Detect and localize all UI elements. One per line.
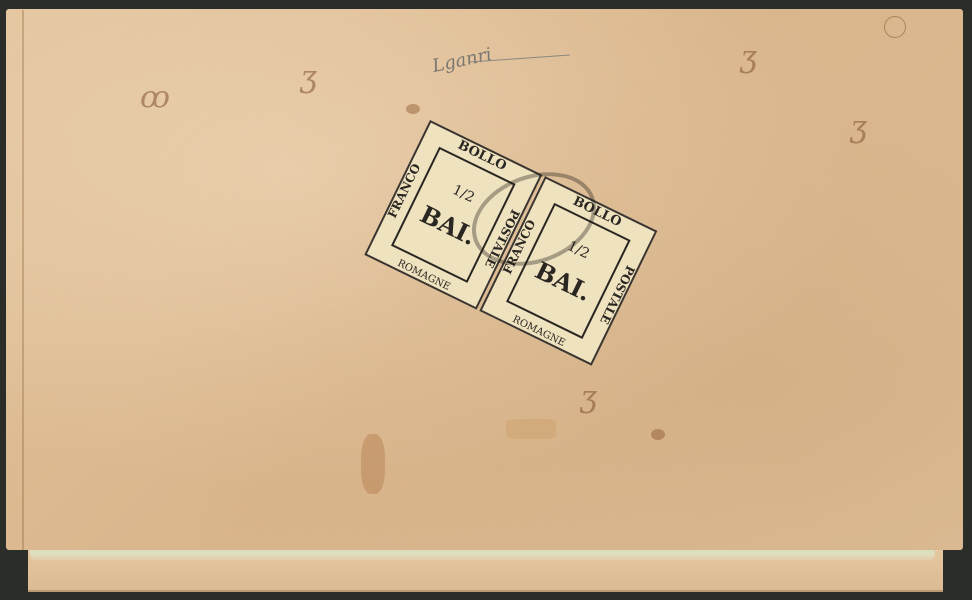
- stain: [651, 429, 665, 440]
- stain: [506, 419, 556, 439]
- faded-handwriting: ʒ: [300, 60, 317, 95]
- faded-handwriting: ʒ: [580, 380, 597, 415]
- faded-handwriting: ꝏ: [140, 80, 170, 115]
- stain: [406, 104, 420, 114]
- faded-handwriting: ʒ: [850, 110, 867, 145]
- stain: [361, 434, 385, 494]
- coffee-ring: [884, 16, 906, 38]
- fold-line: [22, 10, 24, 550]
- faded-handwriting: ʒ: [740, 40, 757, 75]
